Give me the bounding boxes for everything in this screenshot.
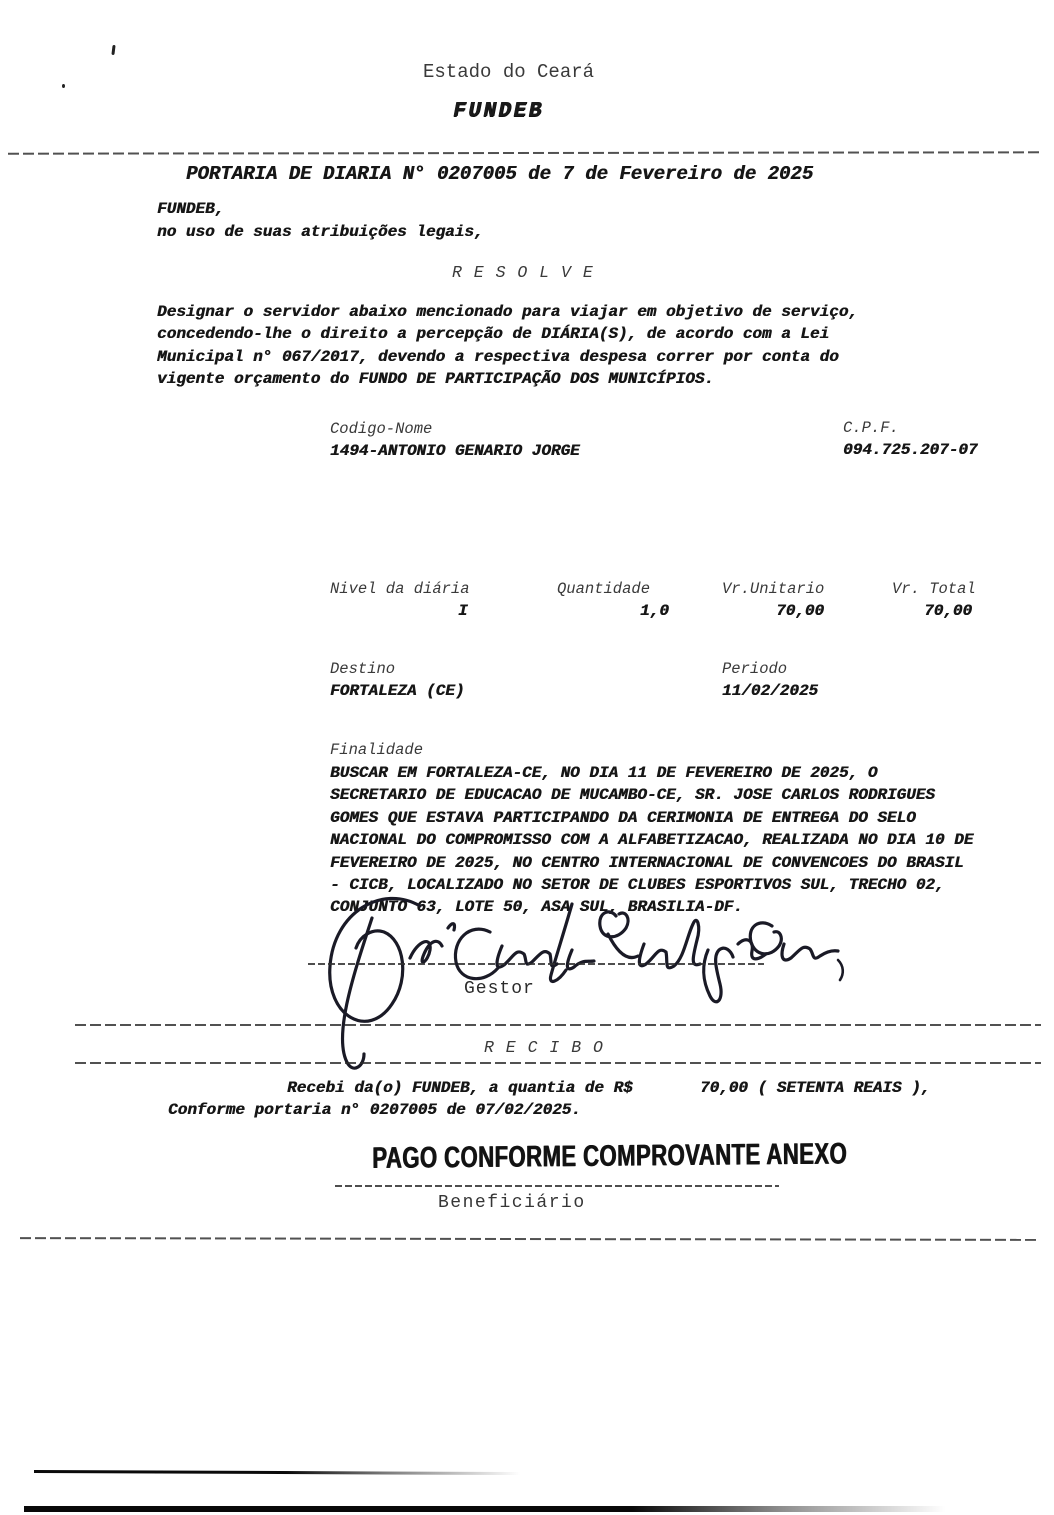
state-line: Estado do Ceará [423, 61, 594, 83]
period-label: Periodo [722, 660, 787, 678]
gestor-label: Gestor [464, 979, 535, 999]
resolve-heading: R E S O L V E [452, 263, 594, 282]
attribution-line: no uso de suas atribuições legais, [157, 223, 483, 241]
stamp-underline [335, 1185, 779, 1187]
code-name-label: Codigo-Nome [330, 420, 432, 438]
allowance-level-value: I [458, 602, 468, 620]
cpf-label: C.P.F. [843, 419, 899, 437]
allowance-total-value: 70,00 [924, 602, 972, 620]
resolve-body: Designar o servidor abaixo mencionado pa… [157, 301, 897, 391]
ink-speck [111, 45, 115, 55]
destination-value: FORTALEZA (CE) [330, 682, 464, 700]
paid-stamp: PAGO CONFORME COMPROVANTE ANEXO [372, 1138, 847, 1176]
beneficiary-label: Beneficiário [438, 1193, 586, 1213]
signature-line [308, 963, 764, 965]
scan-artifact-line [34, 1470, 520, 1475]
code-name-value: 1494-ANTONIO GENARIO JORGE [330, 442, 580, 460]
divider-recibo-bottom [75, 1062, 1041, 1064]
receipt-line-2: Conforme portaria n° 0207005 de 07/02/20… [168, 1101, 581, 1119]
ink-speck [62, 84, 65, 88]
issuer-line: FUNDEB, [157, 200, 224, 218]
period-value: 11/02/2025 [722, 682, 818, 700]
cpf-value: 094.725.207-07 [843, 441, 977, 459]
recibo-heading: R E C I B O [484, 1038, 604, 1057]
destination-label: Destino [330, 660, 395, 678]
portaria-title: PORTARIA DE DIARIA N° 0207005 de 7 de Fe… [186, 163, 813, 185]
scan-artifact-line [24, 1506, 974, 1512]
allowance-unit-value: 70,00 [776, 602, 824, 620]
divider-top [8, 151, 1042, 154]
org-name: FUNDEB [453, 100, 544, 123]
receipt-line-1: Recebi da(o) FUNDEB, a quantia de R$ 70,… [287, 1079, 930, 1097]
allowance-total-label: Vr. Total [892, 580, 976, 598]
document-page: Estado do Ceará FUNDEB PORTARIA DE DIARI… [0, 0, 1054, 1515]
divider-bottom [20, 1237, 1036, 1241]
allowance-quantity-value: 1,0 [640, 602, 669, 620]
allowance-level-label: Nivel da diária [330, 580, 470, 598]
allowance-quantity-label: Quantidade [557, 580, 650, 598]
allowance-unit-label: Vr.Unitario [722, 580, 824, 598]
purpose-label: Finalidade [330, 741, 423, 759]
divider-recibo-top [75, 1024, 1041, 1026]
